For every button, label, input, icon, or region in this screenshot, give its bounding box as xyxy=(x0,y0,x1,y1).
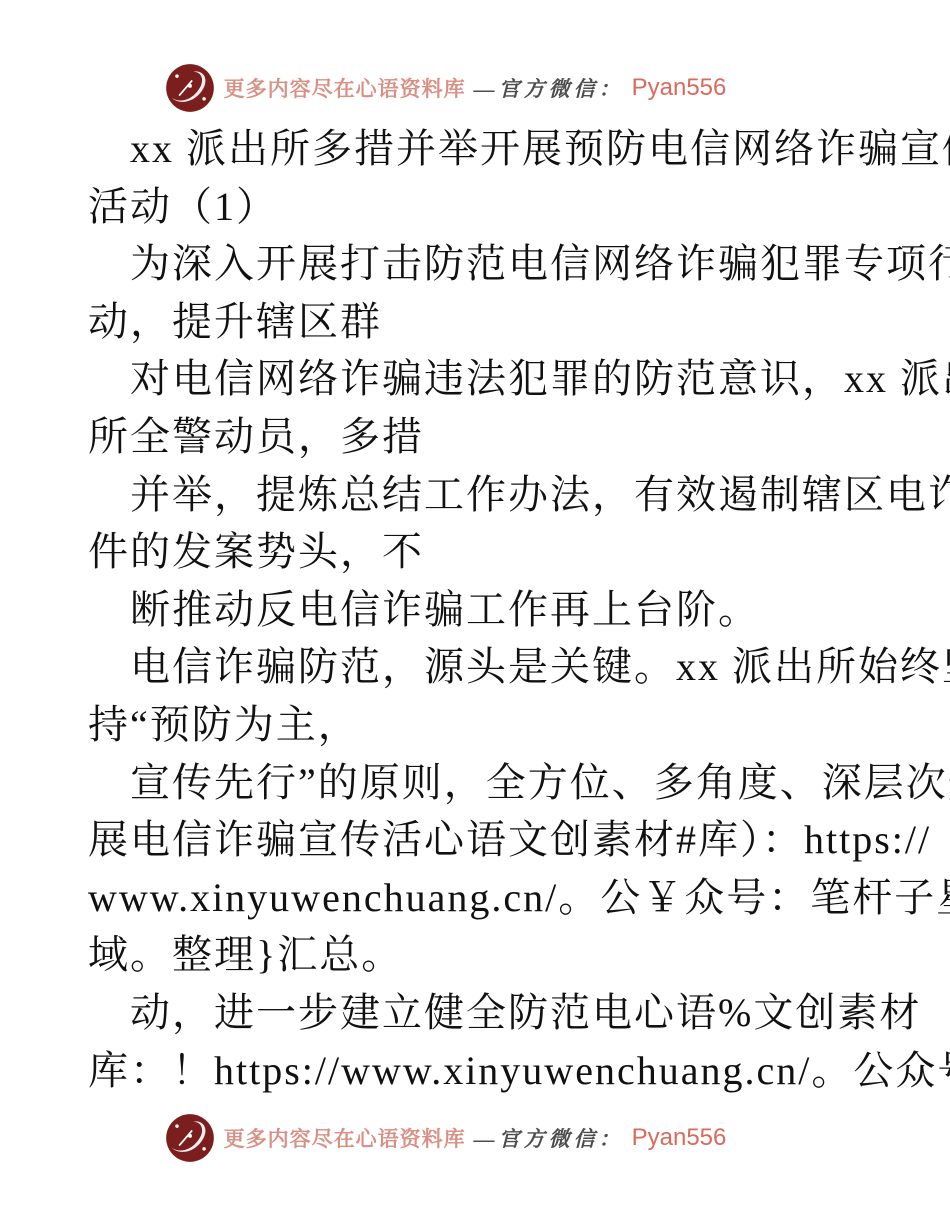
document-line: 断推动反电信诈骗工作再上台阶。 xyxy=(88,581,890,639)
document-line: 件的发案势头，不 xyxy=(88,523,890,581)
document-line: 电信诈骗防范，源头是关键。xx 派出所始终坚 xyxy=(88,638,890,696)
watermark-text: 更多内容尽在心语资料库 xyxy=(224,73,466,103)
document-line: 展电信诈骗宣传活心语文创素材#库）：https:// xyxy=(88,811,890,869)
document-line: 持“预防为主， xyxy=(88,696,890,754)
document-body: xx 派出所多措并举开展预防电信网络诈骗宣传活动（1）为深入开展打击防范电信网络… xyxy=(88,120,890,1099)
watermark-text: 更多内容尽在心语资料库 xyxy=(224,1123,466,1153)
document-line: 动，进一步建立健全防范电心语%文创素材 xyxy=(88,984,890,1042)
document-line: 对电信网络诈骗违法犯罪的防范意识，xx 派出 xyxy=(88,350,890,408)
watermark-wechat-id: Pyan556 xyxy=(632,74,727,102)
watermark-wechat-label: —官方微信： xyxy=(474,1123,624,1153)
watermark-bottom: 更多内容尽在心语资料库—官方微信：Pyan556 xyxy=(0,1112,920,1164)
document-line: 活动（1） xyxy=(88,178,890,236)
watermark-wechat-label: —官方微信： xyxy=(474,73,624,103)
watermark-wechat-id: Pyan556 xyxy=(632,1124,727,1152)
document-line: www.xinyuwenchuang.cn/。公￥众号：笔杆子星 xyxy=(88,869,890,927)
document-line: 域。整理}汇总。 xyxy=(88,926,890,984)
xinyu-pen-logo-icon xyxy=(164,62,216,114)
document-line: 所全警动员，多措 xyxy=(88,408,890,466)
document-page: 更多内容尽在心语资料库—官方微信：Pyan556 xx 派出所多措并举开展预防电… xyxy=(0,0,950,1230)
document-line: 宣传先行”的原则，全方位、多角度、深层次开 xyxy=(88,754,890,812)
watermark-top: 更多内容尽在心语资料库—官方微信：Pyan556 xyxy=(0,62,920,114)
document-line: 并举，提炼总结工作办法，有效遏制辖区电诈案 xyxy=(88,466,890,524)
document-line: xx 派出所多措并举开展预防电信网络诈骗宣传 xyxy=(88,120,890,178)
document-line: 库：！https://www.xinyuwenchuang.cn/。公众号 xyxy=(88,1042,890,1100)
xinyu-pen-logo-icon xyxy=(164,1112,216,1164)
document-line: 动，提升辖区群 xyxy=(88,293,890,351)
document-line: 为深入开展打击防范电信网络诈骗犯罪专项行 xyxy=(88,235,890,293)
